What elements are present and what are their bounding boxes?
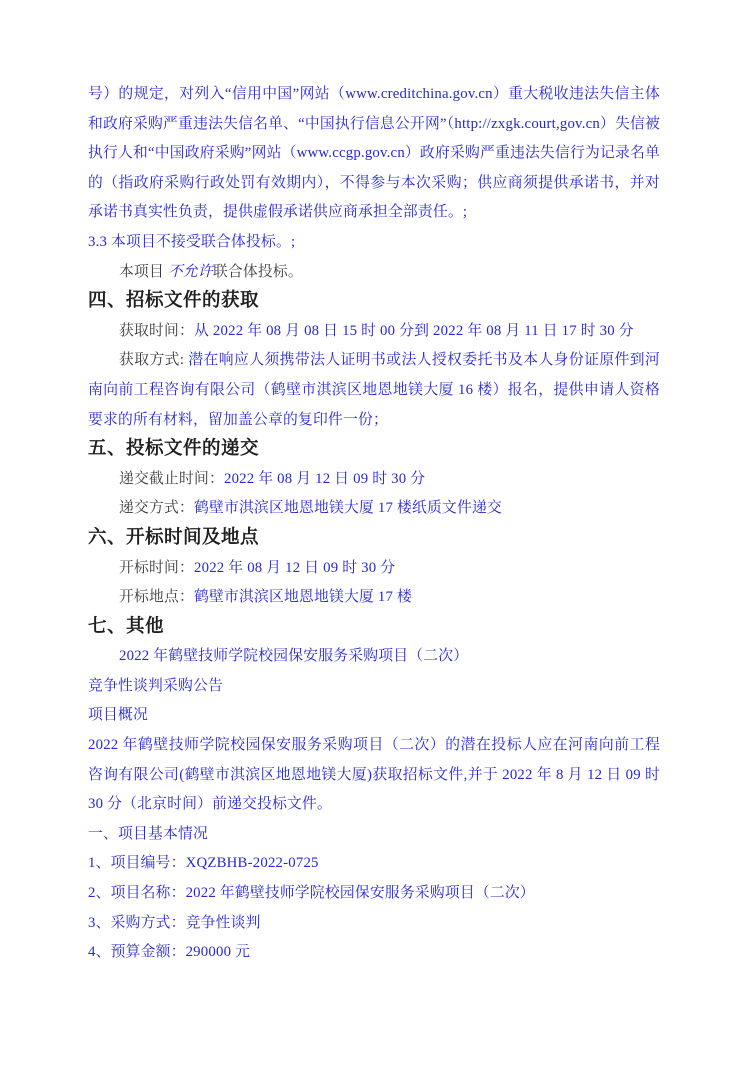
- text-segment: 联合体投标。: [213, 264, 303, 280]
- p-announcement-type: 竞争性谈判采购公告: [88, 672, 660, 702]
- p-project-title: 2022 年鹤壁技师学院校园保安服务采购项目（二次）: [88, 642, 660, 672]
- heading-section-7-other: 七、其他: [88, 613, 660, 643]
- text-segment: 鹤壁市淇滨区地恩地镁大厦 17 楼: [194, 589, 412, 605]
- text-segment: 五、投标文件的递交: [88, 439, 259, 459]
- p-obtain-method: 获取方式: 潜在响应人须携带法人证明书或法人授权委托书及本人身份证原件到河南向前…: [88, 346, 660, 435]
- text-segment: 开标地点：: [119, 589, 194, 605]
- heading-section-4-obtain-documents: 四、招标文件的获取: [88, 287, 660, 317]
- text-segment: 3、采购方式：竞争性谈判: [88, 915, 261, 931]
- text-segment: 2022 年鹤壁技师学院校园保安服务采购项目（二次）的潜在投标人应在河南向前工程…: [88, 737, 660, 812]
- text-segment: 从 2022 年 08 月 08 日 15 时 00 分到 2022 年 08 …: [194, 323, 634, 339]
- text-segment: 2022 年鹤壁技师学院校园保安服务采购项目（二次）: [119, 648, 468, 664]
- document-page: 号）的规定，对列入“信用中国”网站（www.creditchina.gov.cn…: [0, 0, 745, 1065]
- text-segment: 竞争性谈判采购公告: [88, 678, 223, 694]
- text-segment: 四、招标文件的获取: [88, 291, 259, 311]
- text-segment: 一、项目基本情况: [88, 826, 208, 842]
- p-opening-time: 开标时间：2022 年 08 月 12 日 09 时 30 分: [88, 554, 660, 584]
- p-budget-amount: 4、预算金额：290000 元: [88, 938, 660, 968]
- text-segment: 2、项目名称：2022 年鹤壁技师学院校园保安服务采购项目（二次）: [88, 885, 535, 901]
- text-segment: 开标时间：: [119, 560, 194, 576]
- p-procurement-method: 3、采购方式：竞争性谈判: [88, 909, 660, 939]
- text-segment: 获取时间：: [119, 323, 194, 339]
- text-segment: 号）的规定，对列入“信用中国”网站（www.creditchina.gov.cn…: [88, 86, 660, 220]
- p-opening-location: 开标地点：鹤壁市淇滨区地恩地镁大厦 17 楼: [88, 583, 660, 613]
- text-segment: 获取方式:: [119, 352, 188, 368]
- p-project-number: 1、项目编号：XQZBHB-2022-0725: [88, 849, 660, 879]
- text-segment: 六、开标时间及地点: [88, 528, 259, 548]
- p-submission-method: 递交方式：鹤壁市淇滨区地恩地镁大厦 17 楼纸质文件递交: [88, 494, 660, 524]
- text-segment: 3.3 本项目不接受联合体投标。;: [88, 234, 295, 250]
- text-segment: 2022 年 08 月 12 日 09 时 30 分: [194, 560, 395, 576]
- p-overview-detail: 2022 年鹤壁技师学院校园保安服务采购项目（二次）的潜在投标人应在河南向前工程…: [88, 731, 660, 820]
- text-segment: 递交方式：: [119, 500, 194, 516]
- text-segment: 七、其他: [88, 617, 164, 637]
- p-credit-blacklist: 号）的规定，对列入“信用中国”网站（www.creditchina.gov.cn…: [88, 80, 660, 228]
- text-segment: 2022 年 08 月 12 日 09 时 30 分: [224, 471, 425, 487]
- p-project-name: 2、项目名称：2022 年鹤壁技师学院校园保安服务采购项目（二次）: [88, 879, 660, 909]
- p-no-consortium-33: 3.3 本项目不接受联合体投标。;: [88, 228, 660, 258]
- text-segment: 项目概况: [88, 707, 148, 723]
- text-segment: 本项目: [119, 264, 168, 280]
- document-body: 号）的规定，对列入“信用中国”网站（www.creditchina.gov.cn…: [88, 80, 660, 968]
- heading-section-5-bid-submission: 五、投标文件的递交: [88, 435, 660, 465]
- p-project-overview-label: 项目概况: [88, 701, 660, 731]
- p-basic-info-heading: 一、项目基本情况: [88, 820, 660, 850]
- heading-section-6-bid-opening: 六、开标时间及地点: [88, 524, 660, 554]
- text-segment: 递交截止时间：: [119, 471, 224, 487]
- text-segment: 鹤壁市淇滨区地恩地镁大厦 17 楼纸质文件递交: [194, 500, 502, 516]
- text-segment: 不允许: [168, 264, 213, 280]
- p-obtain-time: 获取时间：从 2022 年 08 月 08 日 15 时 00 分到 2022 …: [88, 317, 660, 347]
- text-segment: 1、项目编号：XQZBHB-2022-0725: [88, 855, 319, 871]
- p-submission-deadline: 递交截止时间：2022 年 08 月 12 日 09 时 30 分: [88, 465, 660, 495]
- text-segment: 4、预算金额：290000 元: [88, 944, 250, 960]
- p-no-consortium-note: 本项目 不允许联合体投标。: [88, 258, 660, 288]
